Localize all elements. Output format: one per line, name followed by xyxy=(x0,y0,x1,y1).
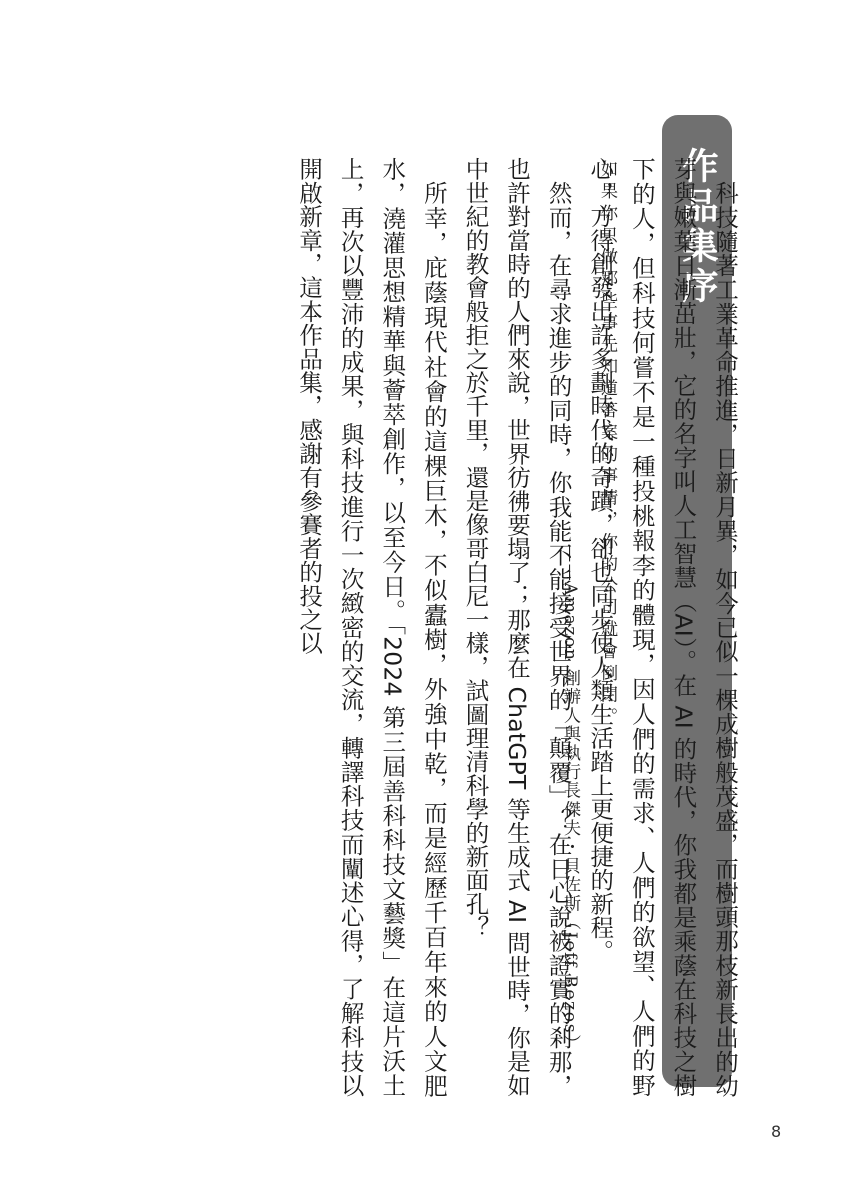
body-text: 科技隨著工業革命推進，日新月異，如今已似一棵成樹般茂盛，而樹頭那枝新長出的幼芽與… xyxy=(287,157,745,1097)
paragraph: 所幸，庇蔭現代社會的這棵巨木，不似蠹樹，外強中乾，而是經歷千百年來的人文肥水，澆… xyxy=(287,157,453,1097)
paragraph: 科技隨著工業革命推進，日新月異，如今已似一棵成樹般茂盛，而樹頭那枝新長出的幼芽與… xyxy=(579,157,745,1097)
page-number: 8 xyxy=(771,1122,781,1141)
paragraph: 然而，在尋求進步的同時，你我能不能接受世界的「顛覆」？在日心說被證實的剎那，也許… xyxy=(454,157,579,1097)
